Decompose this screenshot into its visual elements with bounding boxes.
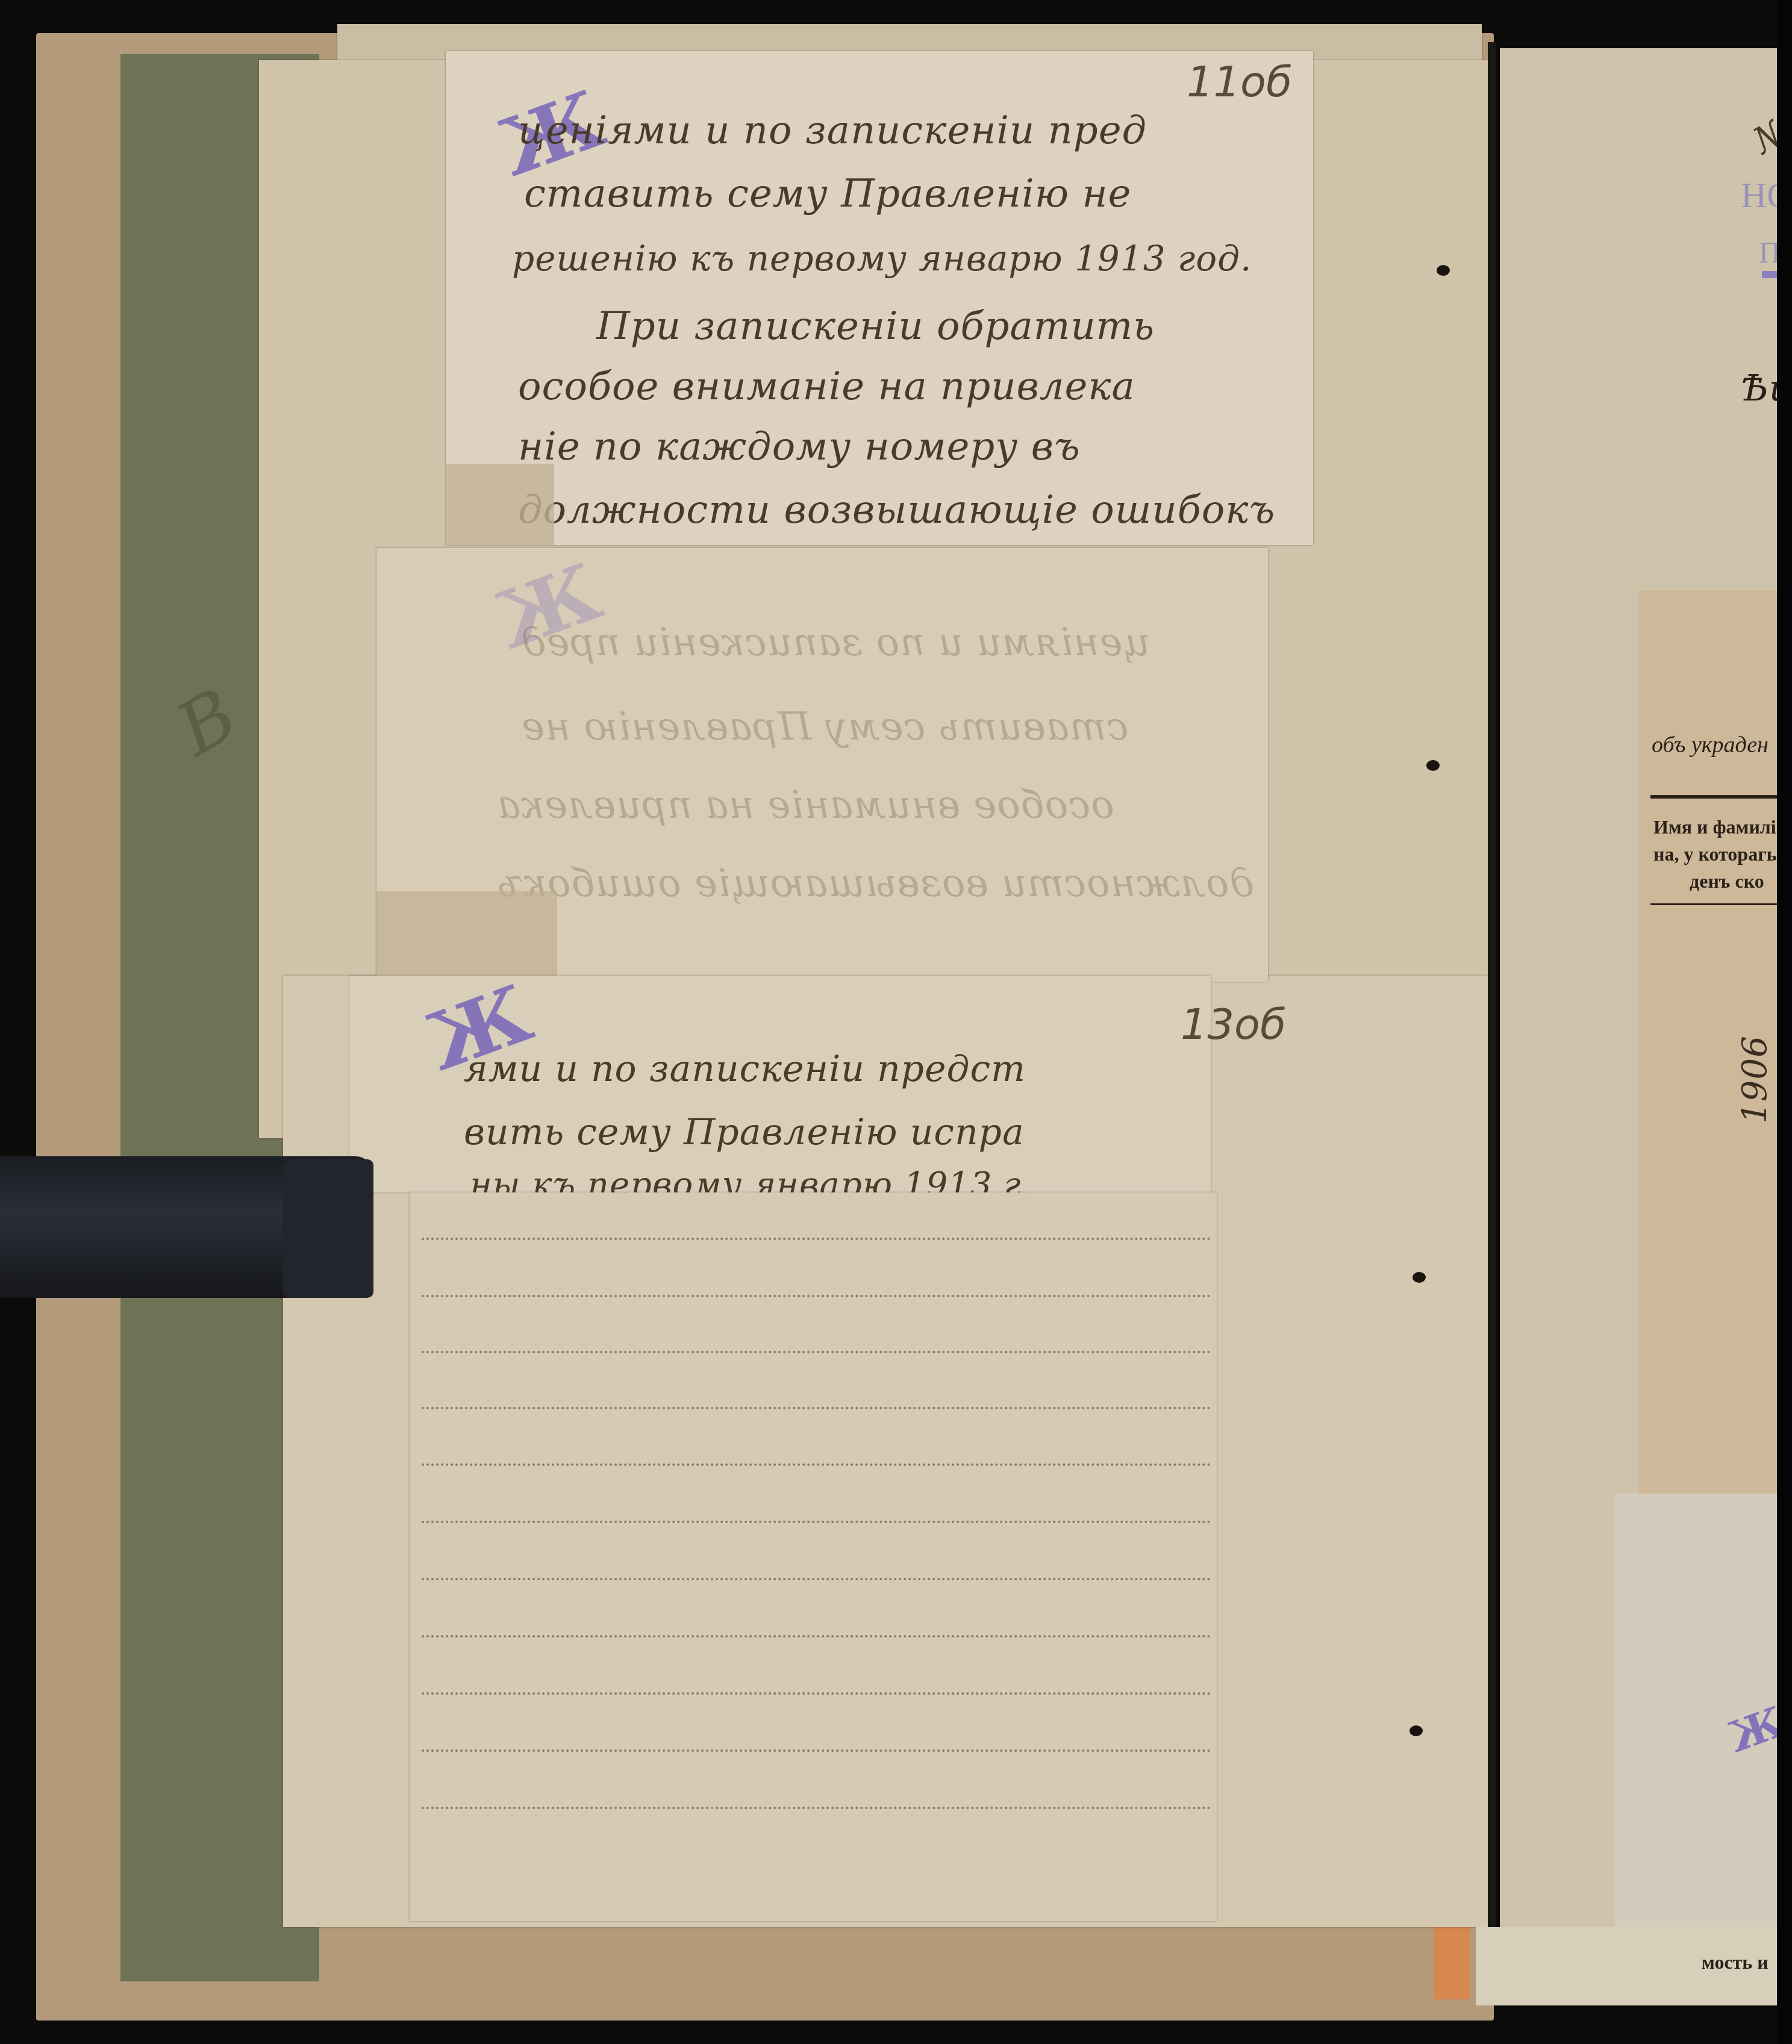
form-heading: объ украден	[1652, 732, 1769, 758]
ruled-line	[422, 1295, 1211, 1297]
reversed-text: особое вниманіе на привлека	[497, 783, 1114, 827]
paper-stain	[376, 891, 557, 982]
text-line: ценіями и по запискеніи пред	[518, 108, 1147, 153]
ruled-line	[422, 1351, 1211, 1353]
text-line: ставить сему Правленію не	[524, 172, 1131, 216]
ruled-line	[422, 1635, 1211, 1637]
fold-shadow	[446, 464, 554, 545]
form-column-1: Имя и фамилі	[1653, 816, 1776, 838]
folio-number: 11об	[1187, 57, 1292, 107]
printed-form: объ украден Имя и фамилі на, у которагь …	[1638, 590, 1777, 1494]
text-line: решенію къ первому январю 1913 год.	[512, 238, 1252, 279]
form-rule	[1650, 903, 1777, 905]
text-line: должности возвышающіе ошибокъ	[518, 488, 1275, 532]
ruled-sheet	[410, 1192, 1217, 1921]
ruled-line	[422, 1807, 1211, 1809]
reversed-text: ставить сему Правленію не	[521, 705, 1128, 749]
form-column-2: на, у которагь	[1653, 843, 1777, 865]
text-line: вить сему Правленію испра	[464, 1111, 1025, 1153]
ruled-line	[422, 1463, 1211, 1466]
ruled-line	[422, 1750, 1211, 1752]
handwritten-sheet-1: 11об Ж ценіями и по запискеніи пред став…	[446, 51, 1313, 545]
vertical-note: 1906	[1735, 1035, 1775, 1124]
punch-hole	[1426, 760, 1440, 771]
punch-hole	[1437, 265, 1450, 276]
reversed-text: должности возвышающіе ошибокъ	[497, 861, 1254, 906]
text-line: ями и по запискеніи предст	[464, 1048, 1026, 1090]
punch-hole	[1410, 1725, 1423, 1736]
reversed-text: ценіями и по запискеніи пред	[521, 620, 1150, 665]
printed-fragment: мость и	[1702, 1951, 1769, 1974]
handwritten-sheet-3: 13об Ж ями и по запискеніи предст вить с…	[349, 976, 1211, 1192]
ruled-line	[422, 1407, 1211, 1409]
form-column-3: денъ ско	[1690, 870, 1764, 893]
punch-hole	[1413, 1272, 1426, 1283]
binding-spine	[1488, 42, 1496, 2005]
clip-end	[283, 1159, 373, 1298]
orange-tab-bottom	[1434, 1927, 1470, 1999]
ruled-line	[422, 1238, 1211, 1240]
form-rule	[1650, 795, 1777, 799]
frame-edge	[1777, 0, 1792, 2044]
ruled-line	[422, 1692, 1211, 1695]
folio-number: 13об	[1181, 1000, 1286, 1049]
ruled-line	[422, 1578, 1211, 1580]
text-line: При запискеніи обратить	[596, 304, 1155, 349]
right-page-paste: Ж	[1614, 1494, 1777, 1927]
text-line: ніе по каждому номеру въ	[518, 425, 1081, 469]
right-page-bottom-strip: мость и	[1476, 1927, 1777, 2005]
ruled-line	[422, 1521, 1211, 1523]
text-line: особое вниманіе на привлека	[518, 364, 1135, 409]
